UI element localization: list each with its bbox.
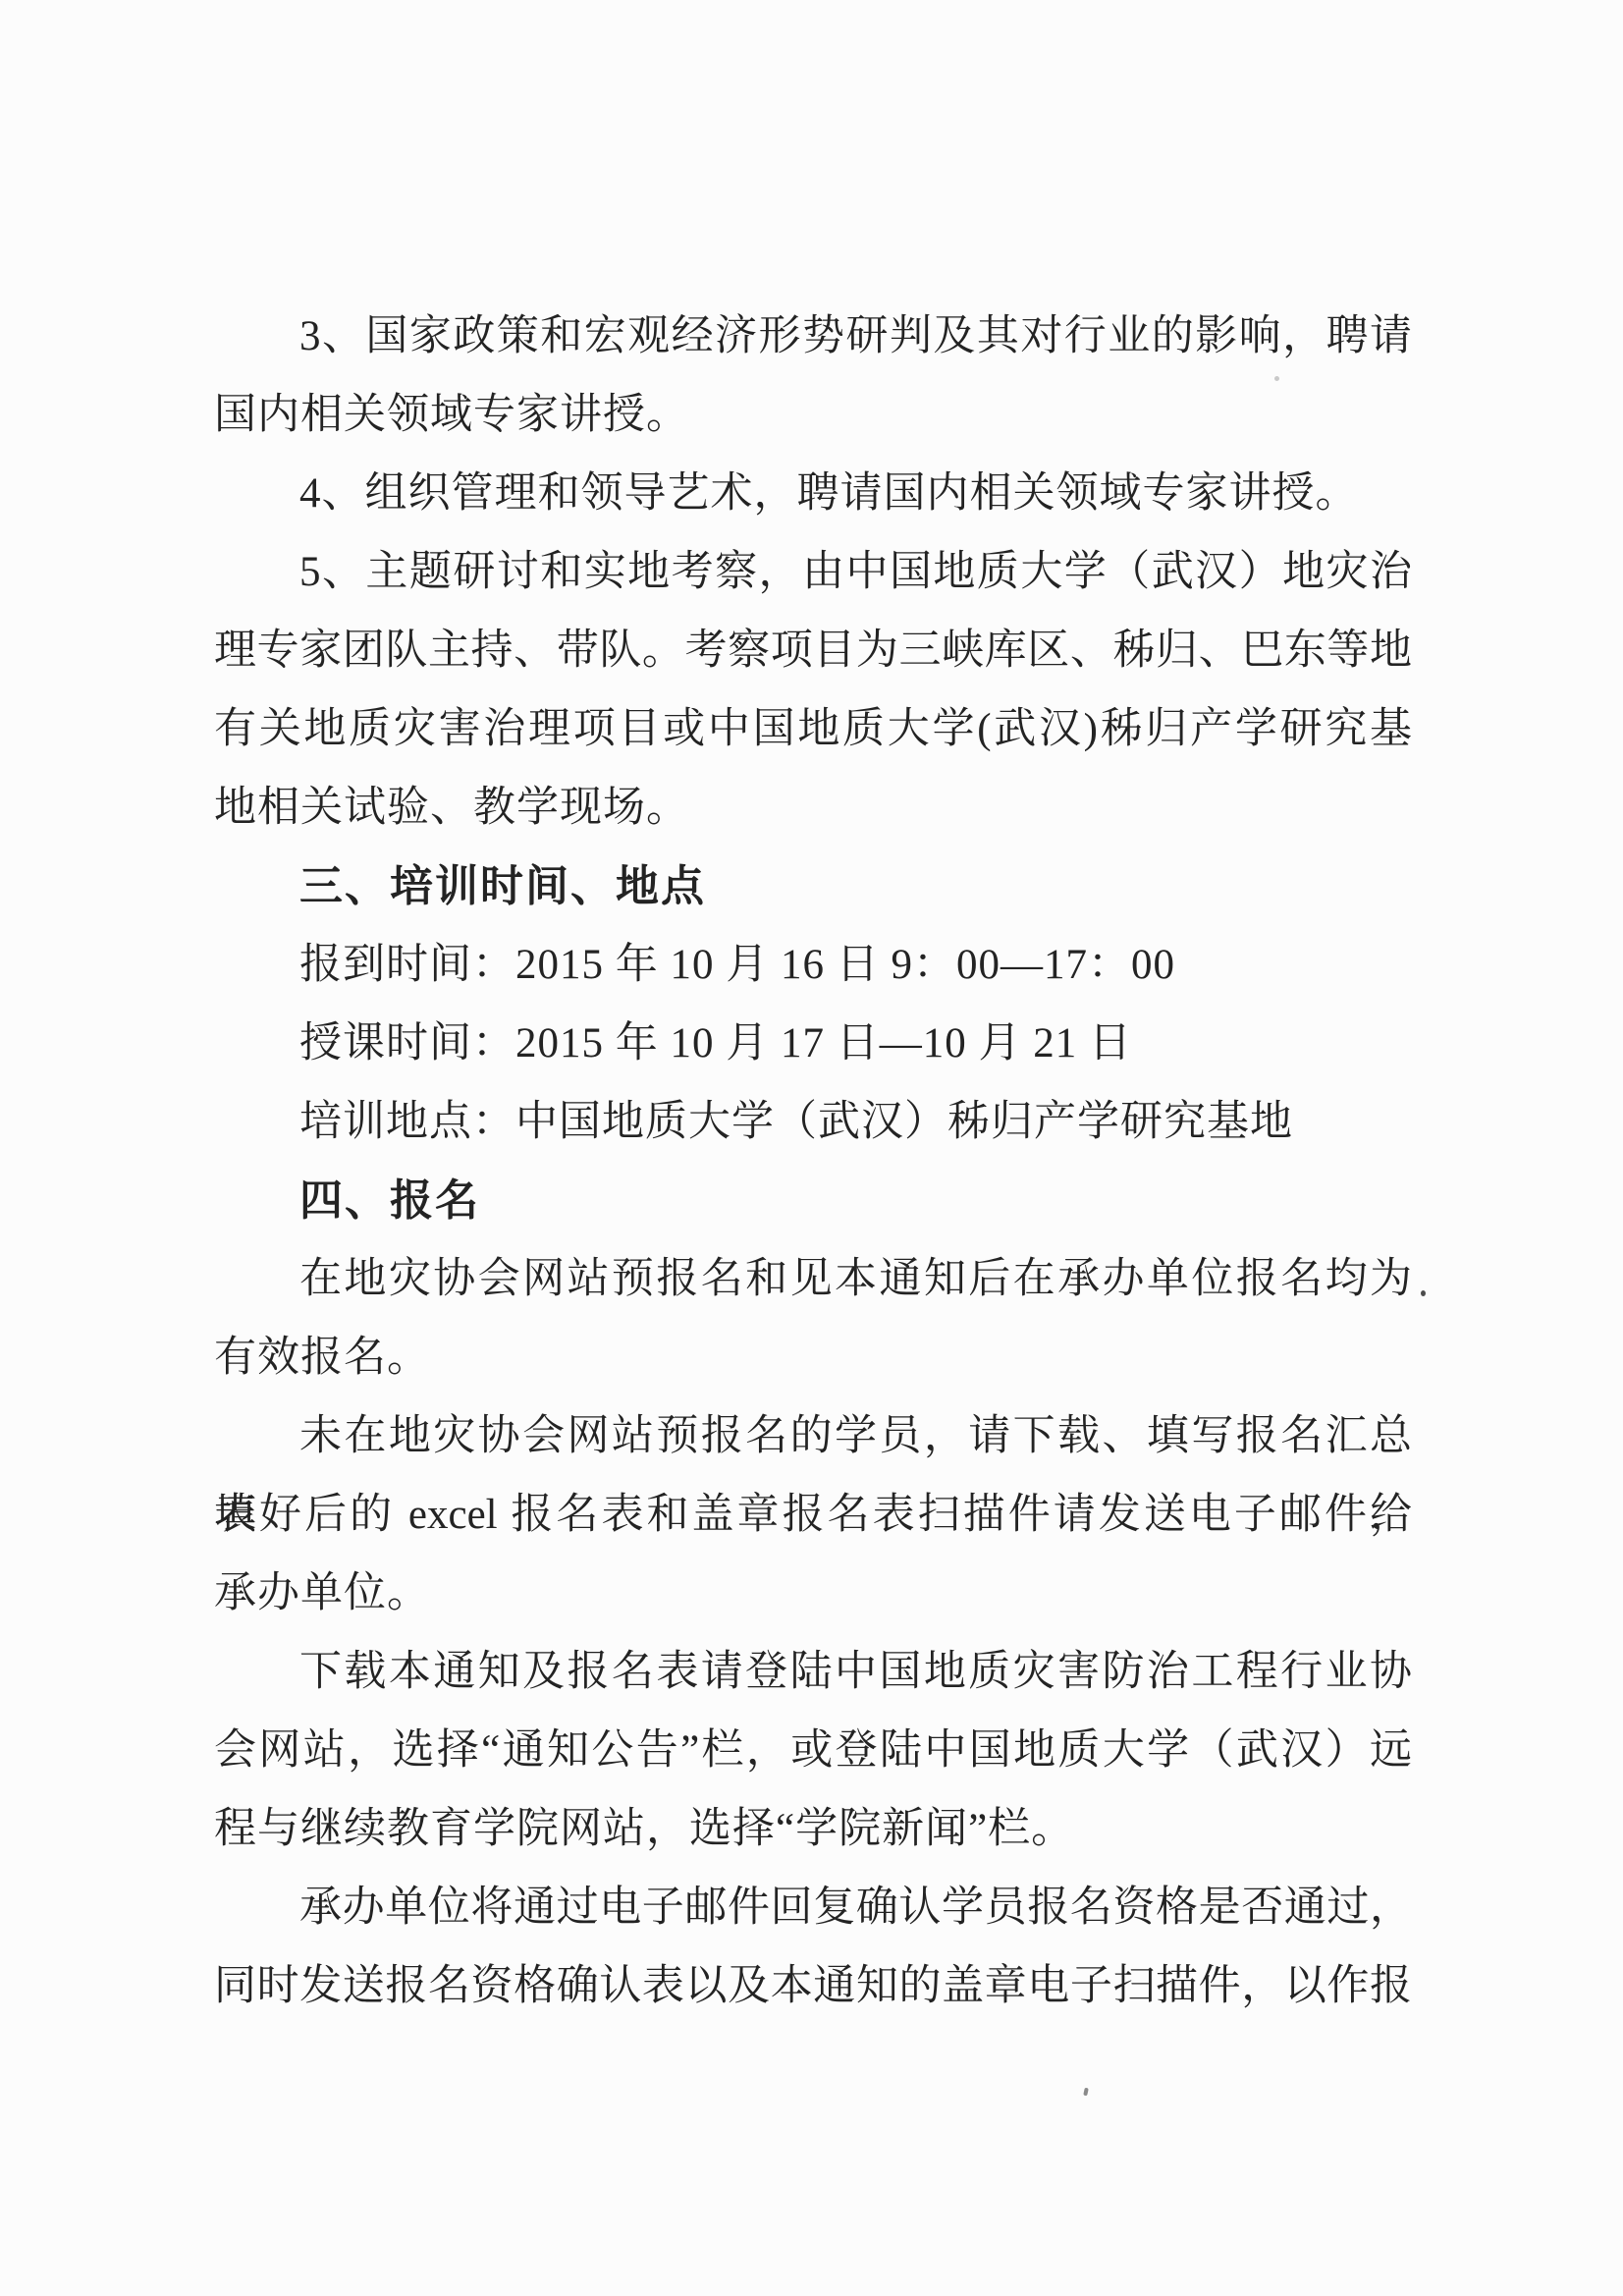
- text-line: 3、国家政策和宏观经济形势研判及其对行业的影响，聘请: [214, 298, 1412, 376]
- text-line: 有效报名。: [214, 1319, 1412, 1397]
- scan-speck: [1274, 376, 1279, 381]
- text-line: 承办单位将通过电子邮件回复确认学员报名资格是否通过，: [214, 1869, 1412, 1947]
- document-text-block: 3、国家政策和宏观经济形势研判及其对行业的影响，聘请 国内相关领域专家讲授。 4…: [214, 298, 1412, 2026]
- text-line: 同时发送报名资格确认表以及本通知的盖章电子扫描件，以作报: [214, 1947, 1412, 2026]
- text-line: 承办单位。: [214, 1555, 1412, 1633]
- text-line: 5、主题研讨和实地考察，由中国地质大学（武汉）地灾治: [214, 533, 1412, 612]
- text-line-class-time: 授课时间：2015 年 10 月 17 日—10 月 21 日: [214, 1005, 1412, 1083]
- text-line: 程与继续教育学院网站，选择“学院新闻”栏。: [214, 1790, 1412, 1869]
- text-line: 下载本通知及报名表请登陆中国地质灾害防治工程行业协: [214, 1633, 1412, 1712]
- text-line: 理专家团队主持、带队。考察项目为三峡库区、秭归、巴东等地: [214, 612, 1412, 690]
- text-line: 填好后的 excel 报名表和盖章报名表扫描件请发送电子邮件给: [214, 1476, 1412, 1555]
- text-line: 4、组织管理和领导艺术，聘请国内相关领域专家讲授。: [214, 455, 1412, 533]
- text-line: 有关地质灾害治理项目或中国地质大学(武汉)秭归产学研究基: [214, 690, 1412, 769]
- text-line: 地相关试验、教学现场。: [214, 769, 1412, 847]
- text-line-training-location: 培训地点：中国地质大学（武汉）秭归产学研究基地: [214, 1083, 1412, 1162]
- scan-speck: [1083, 2088, 1089, 2097]
- text-line: 会网站，选择“通知公告”栏，或登陆中国地质大学（武汉）远: [214, 1712, 1412, 1790]
- section-heading-registration: 四、报名: [214, 1162, 1412, 1240]
- text-line-checkin-time: 报到时间：2015 年 10 月 16 日 9：00—17：00: [214, 926, 1412, 1005]
- scan-speck: [1421, 1290, 1426, 1296]
- text-line: 国内相关领域专家讲授。: [214, 376, 1412, 455]
- section-heading-training-time: 三、培训时间、地点: [214, 847, 1412, 926]
- scanned-document-page: 3、国家政策和宏观经济形势研判及其对行业的影响，聘请 国内相关领域专家讲授。 4…: [0, 0, 1623, 2296]
- text-line: 未在地灾协会网站预报名的学员，请下载、填写报名汇总表，: [214, 1397, 1412, 1476]
- text-line: 在地灾协会网站预报名和见本通知后在承办单位报名均为: [214, 1240, 1412, 1319]
